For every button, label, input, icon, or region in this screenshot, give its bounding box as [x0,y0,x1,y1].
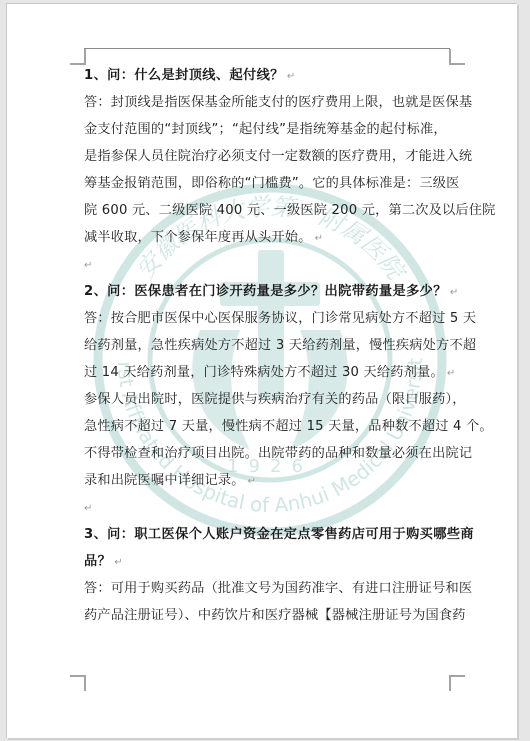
empty-paragraph: ↵ [84,251,450,278]
crop-mark-top-right [449,49,465,65]
paragraph-mark-icon: ↵ [287,71,296,82]
answer-1-line: 筹基金报销范围，即俗称的“门槛费”。它的具体标准是：三级医 [84,170,450,197]
paragraph-mark-icon: ↵ [447,368,456,379]
header-boundary [84,48,450,49]
answer-2-line: 录和出院医嘱中详细记录。↵ [84,467,450,494]
answer-2-line: 不得带检查和治疗项目出院。出院带药的品种和数量必须在出院记 [84,440,450,467]
answer-1-line: 金支付范围的“封顶线”；“起付线”是指统筹基金的起付标准， [84,116,450,143]
answer-3-line: 答：可用于购买药品（批准文号为国药准字、有进口注册证号和医 [84,575,450,602]
question-2: 2、问：医保患者在门诊开药量是多少？出院带药量是多少？↵ [84,278,450,305]
answer-2-line: 过 14 天给药剂量，门诊特殊病处方不超过 30 天给药剂量。↵ [84,359,450,386]
question-3-cont: 品？↵ [84,548,450,575]
paragraph-mark-icon: ↵ [248,476,257,487]
answer-2-line: 急性病不超过 7 天量，慢性病不超过 15 天量，品种数不超过 4 个。 [84,413,450,440]
document-body[interactable]: 1、问：什么是封顶线、起付线？↵ 答：封顶线是指医保基金所能支付的医疗费用上限，… [84,62,450,629]
answer-1-line: 答：封顶线是指医保基金所能支付的医疗费用上限，也就是医保基 [84,89,450,116]
paragraph-mark-icon: ↵ [84,260,93,271]
paragraph-mark-icon: ↵ [450,287,459,298]
answer-1-line: 院 600 元、二级医院 400 元、一级医院 200 元，第二次及以后住院 [84,197,450,224]
question-1: 1、问：什么是封顶线、起付线？↵ [84,62,450,89]
question-3: 3、问：职工医保个人账户资金在定点零售药店可用于购买哪些商 [84,521,450,548]
answer-1-line: 是指参保人员住院治疗必须支付一定数额的医疗费用，才能进入统 [84,143,450,170]
answer-2-line: 答：按合肥市医保中心医保服务协议，门诊常见病处方不超过 5 天 [84,305,450,332]
answer-3-line: 药产品注册证号）、中药饮片和医疗器械【器械注册证号为国食药 [84,602,450,629]
answer-1-line: 减半收取，下个参保年度再从头开始。↵ [84,224,450,251]
crop-mark-bottom-right [449,675,465,691]
paragraph-mark-icon: ↵ [84,503,93,514]
paragraph-mark-icon: ↵ [114,557,123,568]
answer-2-line: 参保人员出院时，医院提供与疾病治疗有关的药品（限口服药）， [84,386,450,413]
empty-paragraph: ↵ [84,494,450,521]
answer-2-line: 给药剂量，急性疾病处方不超过 3 天给药剂量，慢性疾病处方不超 [84,332,450,359]
crop-mark-bottom-left [70,675,86,691]
paragraph-mark-icon: ↵ [315,233,324,244]
